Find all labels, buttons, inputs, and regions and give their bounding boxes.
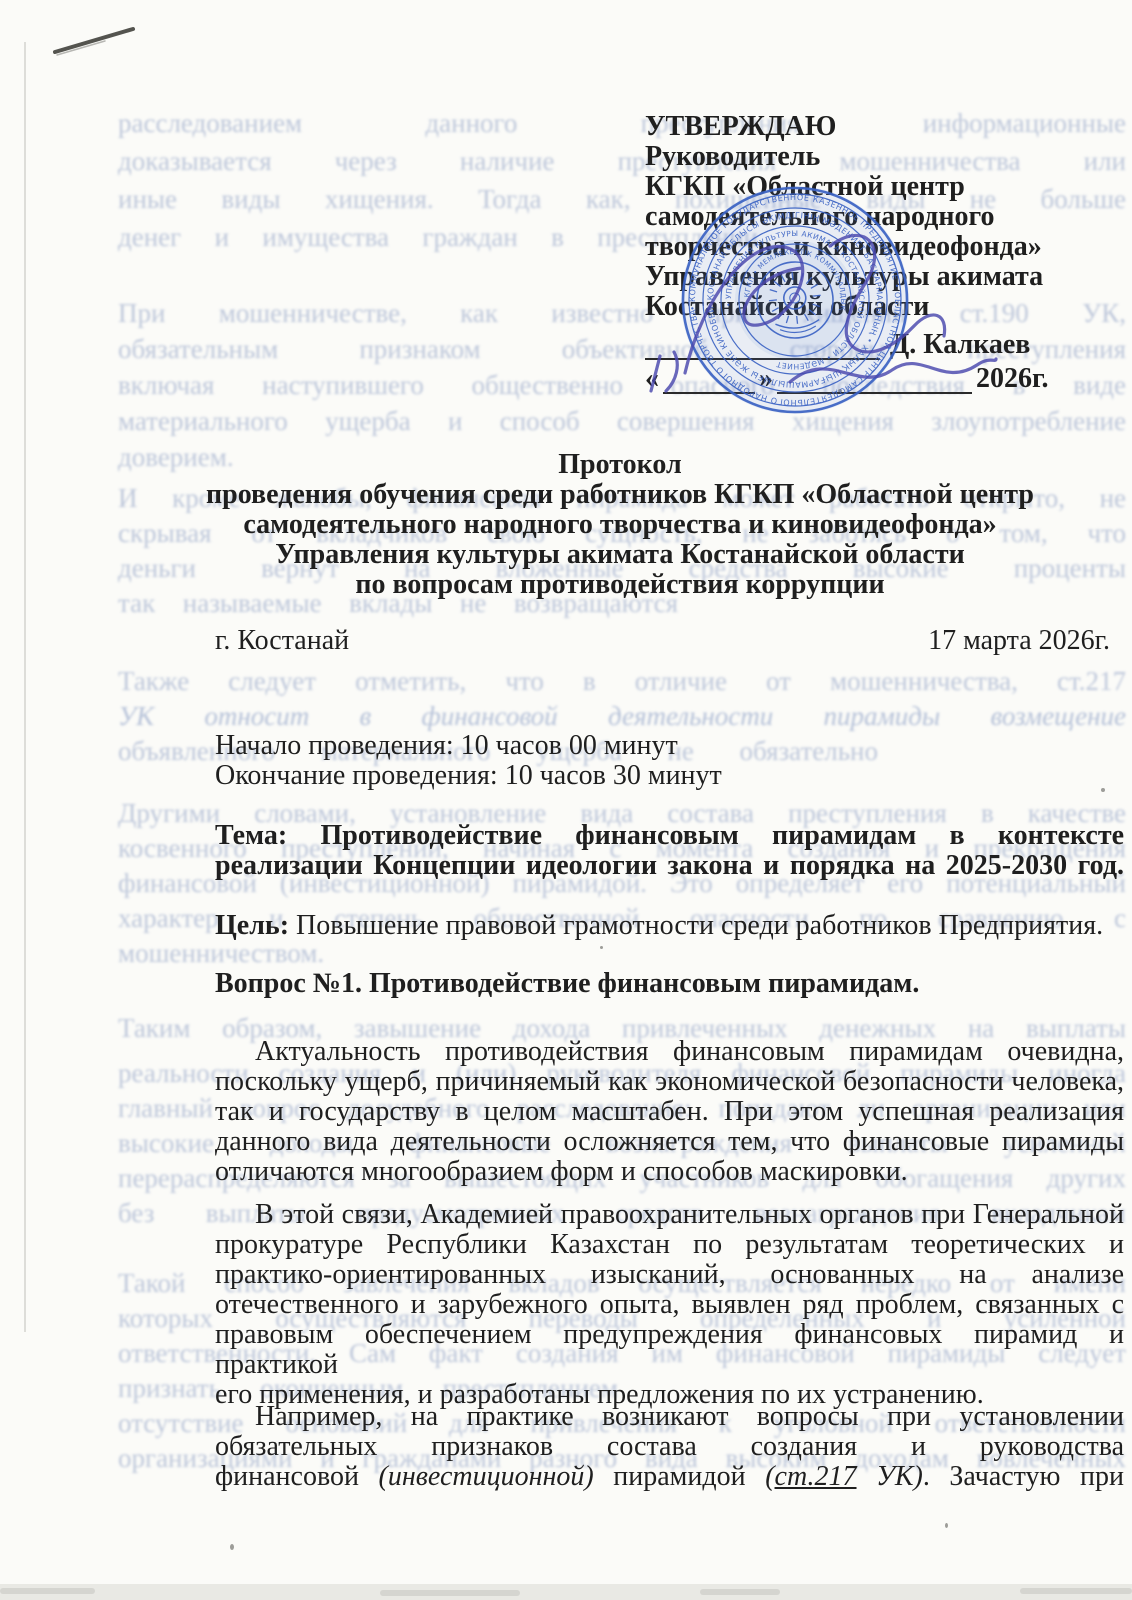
- scan-edge-line: [24, 42, 26, 1332]
- text-line: Например, на практике возникают вопросы …: [215, 1402, 1124, 1432]
- text-line: практико-ориентированных изысканий, осно…: [215, 1260, 1124, 1290]
- text-segment: (: [765, 1461, 774, 1492]
- start-time-line: Начало проведения: 10 часов 00 минут: [215, 731, 1124, 761]
- scan-speck: [600, 946, 603, 949]
- text-segment: . Зачастую при: [923, 1461, 1124, 1492]
- approval-line: УТВЕРЖДАЮ: [645, 112, 1085, 142]
- text-line: обязательных признаков состава создания …: [215, 1432, 1124, 1462]
- bleedthrough-line: УК относит в финансовой деятельности пир…: [118, 701, 1126, 733]
- body-paragraph-1: Актуальность противодействия финансовым …: [215, 1037, 1124, 1187]
- title-line: Протокол: [115, 450, 1125, 480]
- text-line: поскольку ущерб, причиняемый как экономи…: [215, 1067, 1124, 1097]
- title-line: самодеятельного народного творчества и к…: [115, 510, 1125, 540]
- text-line: отличаются многообразием форм и способов…: [215, 1157, 1124, 1187]
- bleedthrough-line: мошенничеством.: [118, 938, 348, 970]
- scan-smudge: [0, 1588, 95, 1594]
- title-line: по вопросам противодействия коррупции: [115, 570, 1125, 600]
- scan-smudge: [1020, 1588, 1132, 1594]
- text-line: Актуальность противодействия финансовым …: [215, 1037, 1124, 1067]
- scan-bottom-band: [0, 1584, 1132, 1600]
- text-line: В этой связи, Академией правоохранительн…: [215, 1200, 1124, 1230]
- text-line: Тема: Противодействие финансовым пирамид…: [215, 821, 1124, 851]
- document-title: Протоколпроведения обучения среди работн…: [115, 450, 1125, 600]
- document-date: 17 марта 2026г.: [928, 626, 1110, 656]
- scan-smudge: [700, 1589, 780, 1595]
- text-segment: (инвестиционной): [379, 1461, 594, 1492]
- text-segment: ст.217: [775, 1461, 857, 1492]
- approval-line: Руководитель: [645, 142, 1085, 172]
- text-line: отечественного и зарубежного опыта, выяв…: [215, 1290, 1124, 1320]
- text-segment: финансовой: [215, 1461, 379, 1492]
- topic-paragraph: Тема: Противодействие финансовым пирамид…: [215, 821, 1124, 881]
- text-line: финансовой (инвестиционной) пирамидой (с…: [215, 1462, 1124, 1492]
- body-paragraph-2: В этой связи, Академией правоохранительн…: [215, 1200, 1124, 1410]
- text-line: так и государству в целом масштабен. При…: [215, 1097, 1124, 1127]
- question-heading: Вопрос №1. Противодействие финансовым пи…: [215, 969, 1124, 999]
- scan-speck: [945, 1523, 948, 1528]
- handwritten-signature: [630, 198, 1040, 418]
- goal-line: Цель: Повышение правовой грамотности сре…: [215, 911, 1124, 941]
- pen-mark: [45, 18, 155, 68]
- text-line: прокуратуре Республики Казахстан по резу…: [215, 1230, 1124, 1260]
- title-line: Управления культуры акимата Костанайской…: [115, 540, 1125, 570]
- text-line: правовым обеспечением предупреждения фин…: [215, 1320, 1124, 1380]
- end-time-line: Окончание проведения: 10 часов 30 минут: [215, 761, 1124, 791]
- bleedthrough-line: Также следует отметить, что в отличие от…: [118, 666, 1126, 698]
- goal-label: Цель:: [215, 910, 289, 941]
- handwritten-day: [651, 356, 660, 391]
- text-line: реализации Концепции идеологии закона и …: [215, 851, 1124, 881]
- handwritten-month: [790, 359, 996, 382]
- scan-smudge: [380, 1590, 520, 1596]
- title-line: проведения обучения среди работников КГК…: [115, 480, 1125, 510]
- city-date-row: г. Костанай 17 марта 2026г.: [215, 626, 1110, 656]
- goal-text: Повышение правовой грамотности среди раб…: [289, 910, 1103, 941]
- body-paragraph-3: Например, на практике возникают вопросы …: [215, 1402, 1124, 1492]
- scanned-document-page: { "page": { "ink_color": "#1f1f1f", "sta…: [0, 0, 1132, 1600]
- session-times: Начало проведения: 10 часов 00 минут Око…: [215, 731, 1124, 791]
- scan-speck: [230, 1544, 234, 1550]
- text-segment: УК): [857, 1461, 923, 1492]
- text-segment: пирамидой: [594, 1461, 765, 1492]
- text-line: данного вида деятельности осложняется те…: [215, 1127, 1124, 1157]
- city: г. Костанай: [215, 626, 349, 656]
